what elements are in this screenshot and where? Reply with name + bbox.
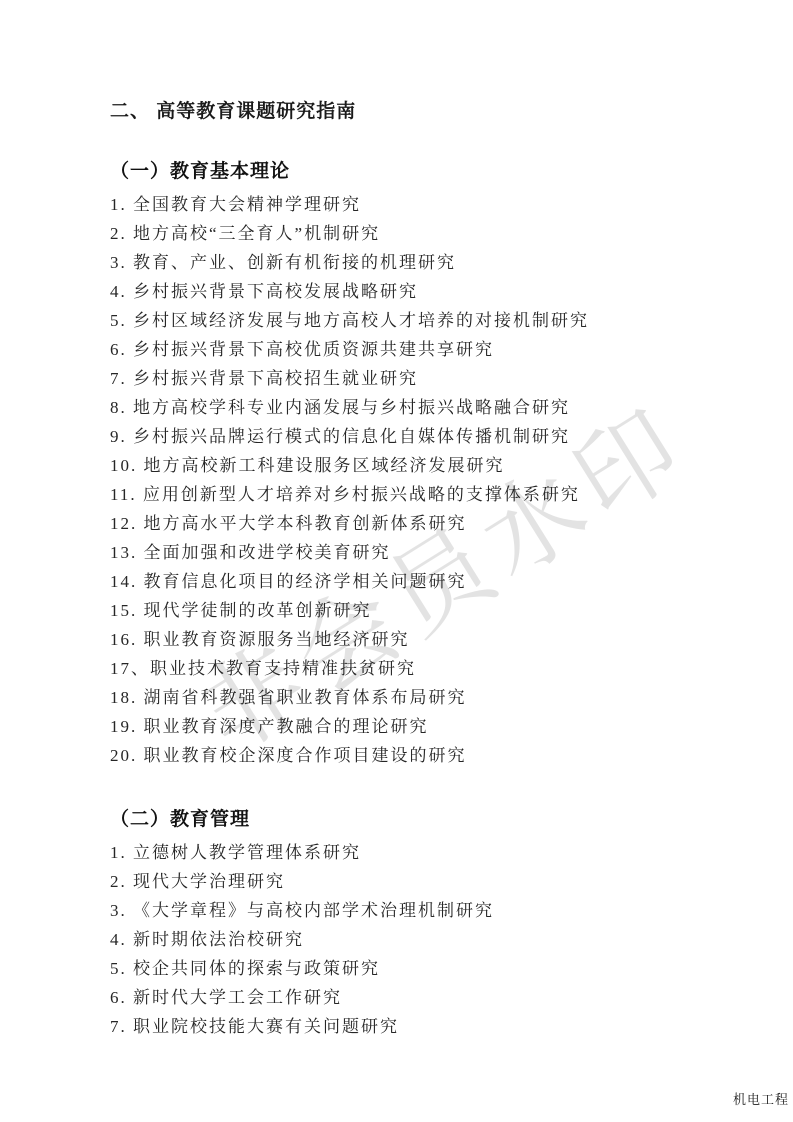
topic-item: 6. 新时代大学工会工作研究 — [110, 983, 700, 1012]
topic-item: 1. 立德树人教学管理体系研究 — [110, 838, 700, 867]
topic-item: 5. 乡村区域经济发展与地方高校人才培养的对接机制研究 — [110, 306, 700, 335]
topic-item: 2. 地方高校“三全育人”机制研究 — [110, 219, 700, 248]
document-page: { "page": { "title": "二、 高等教育课题研究指南", "w… — [0, 0, 793, 1122]
topic-item: 14. 教育信息化项目的经济学相关问题研究 — [110, 567, 700, 596]
topic-item: 10. 地方高校新工科建设服务区域经济发展研究 — [110, 451, 700, 480]
topic-item: 20. 职业教育校企深度合作项目建设的研究 — [110, 741, 700, 770]
topic-item: 13. 全面加强和改进学校美育研究 — [110, 538, 700, 567]
page-background: 非会员水印 二、 高等教育课题研究指南 （一）教育基本理论1. 全国教育大会精神… — [0, 0, 793, 1122]
footer-label: 机电工程 — [733, 1089, 789, 1108]
topic-item: 3. 教育、产业、创新有机衔接的机理研究 — [110, 248, 700, 277]
topic-item: 4. 新时期依法治校研究 — [110, 925, 700, 954]
section-heading: （二）教育管理 — [110, 808, 700, 832]
topic-item: 18. 湖南省科教强省职业教育体系布局研究 — [110, 683, 700, 712]
topic-item: 1. 全国教育大会精神学理研究 — [110, 190, 700, 219]
topic-item: 8. 地方高校学科专业内涵发展与乡村振兴战略融合研究 — [110, 393, 700, 422]
topic-item: 16. 职业教育资源服务当地经济研究 — [110, 625, 700, 654]
topic-item: 11. 应用创新型人才培养对乡村振兴战略的支撑体系研究 — [110, 480, 700, 509]
topic-item: 5. 校企共同体的探索与政策研究 — [110, 954, 700, 983]
topic-item: 6. 乡村振兴背景下高校优质资源共建共享研究 — [110, 335, 700, 364]
topic-item: 2. 现代大学治理研究 — [110, 867, 700, 896]
topic-item: 15. 现代学徒制的改革创新研究 — [110, 596, 700, 625]
topic-item: 7. 乡村振兴背景下高校招生就业研究 — [110, 364, 700, 393]
sections-container: （一）教育基本理论1. 全国教育大会精神学理研究2. 地方高校“三全育人”机制研… — [110, 160, 700, 1041]
topic-item: 4. 乡村振兴背景下高校发展战略研究 — [110, 277, 700, 306]
topic-section: （一）教育基本理论1. 全国教育大会精神学理研究2. 地方高校“三全育人”机制研… — [110, 160, 700, 770]
topic-item: 17、职业技术教育支持精准扶贫研究 — [110, 654, 700, 683]
topic-item: 19. 职业教育深度产教融合的理论研究 — [110, 712, 700, 741]
topic-item: 7. 职业院校技能大赛有关问题研究 — [110, 1012, 700, 1041]
page-title: 二、 高等教育课题研究指南 — [110, 100, 700, 124]
topic-item: 9. 乡村振兴品牌运行模式的信息化自媒体传播机制研究 — [110, 422, 700, 451]
topic-list: 1. 立德树人教学管理体系研究2. 现代大学治理研究3. 《大学章程》与高校内部… — [110, 838, 700, 1041]
topic-section: （二）教育管理1. 立德树人教学管理体系研究2. 现代大学治理研究3. 《大学章… — [110, 808, 700, 1041]
section-heading: （一）教育基本理论 — [110, 160, 700, 184]
document-content: 二、 高等教育课题研究指南 （一）教育基本理论1. 全国教育大会精神学理研究2.… — [110, 100, 700, 1041]
topic-item: 12. 地方高水平大学本科教育创新体系研究 — [110, 509, 700, 538]
topic-item: 3. 《大学章程》与高校内部学术治理机制研究 — [110, 896, 700, 925]
topic-list: 1. 全国教育大会精神学理研究2. 地方高校“三全育人”机制研究3. 教育、产业… — [110, 190, 700, 770]
